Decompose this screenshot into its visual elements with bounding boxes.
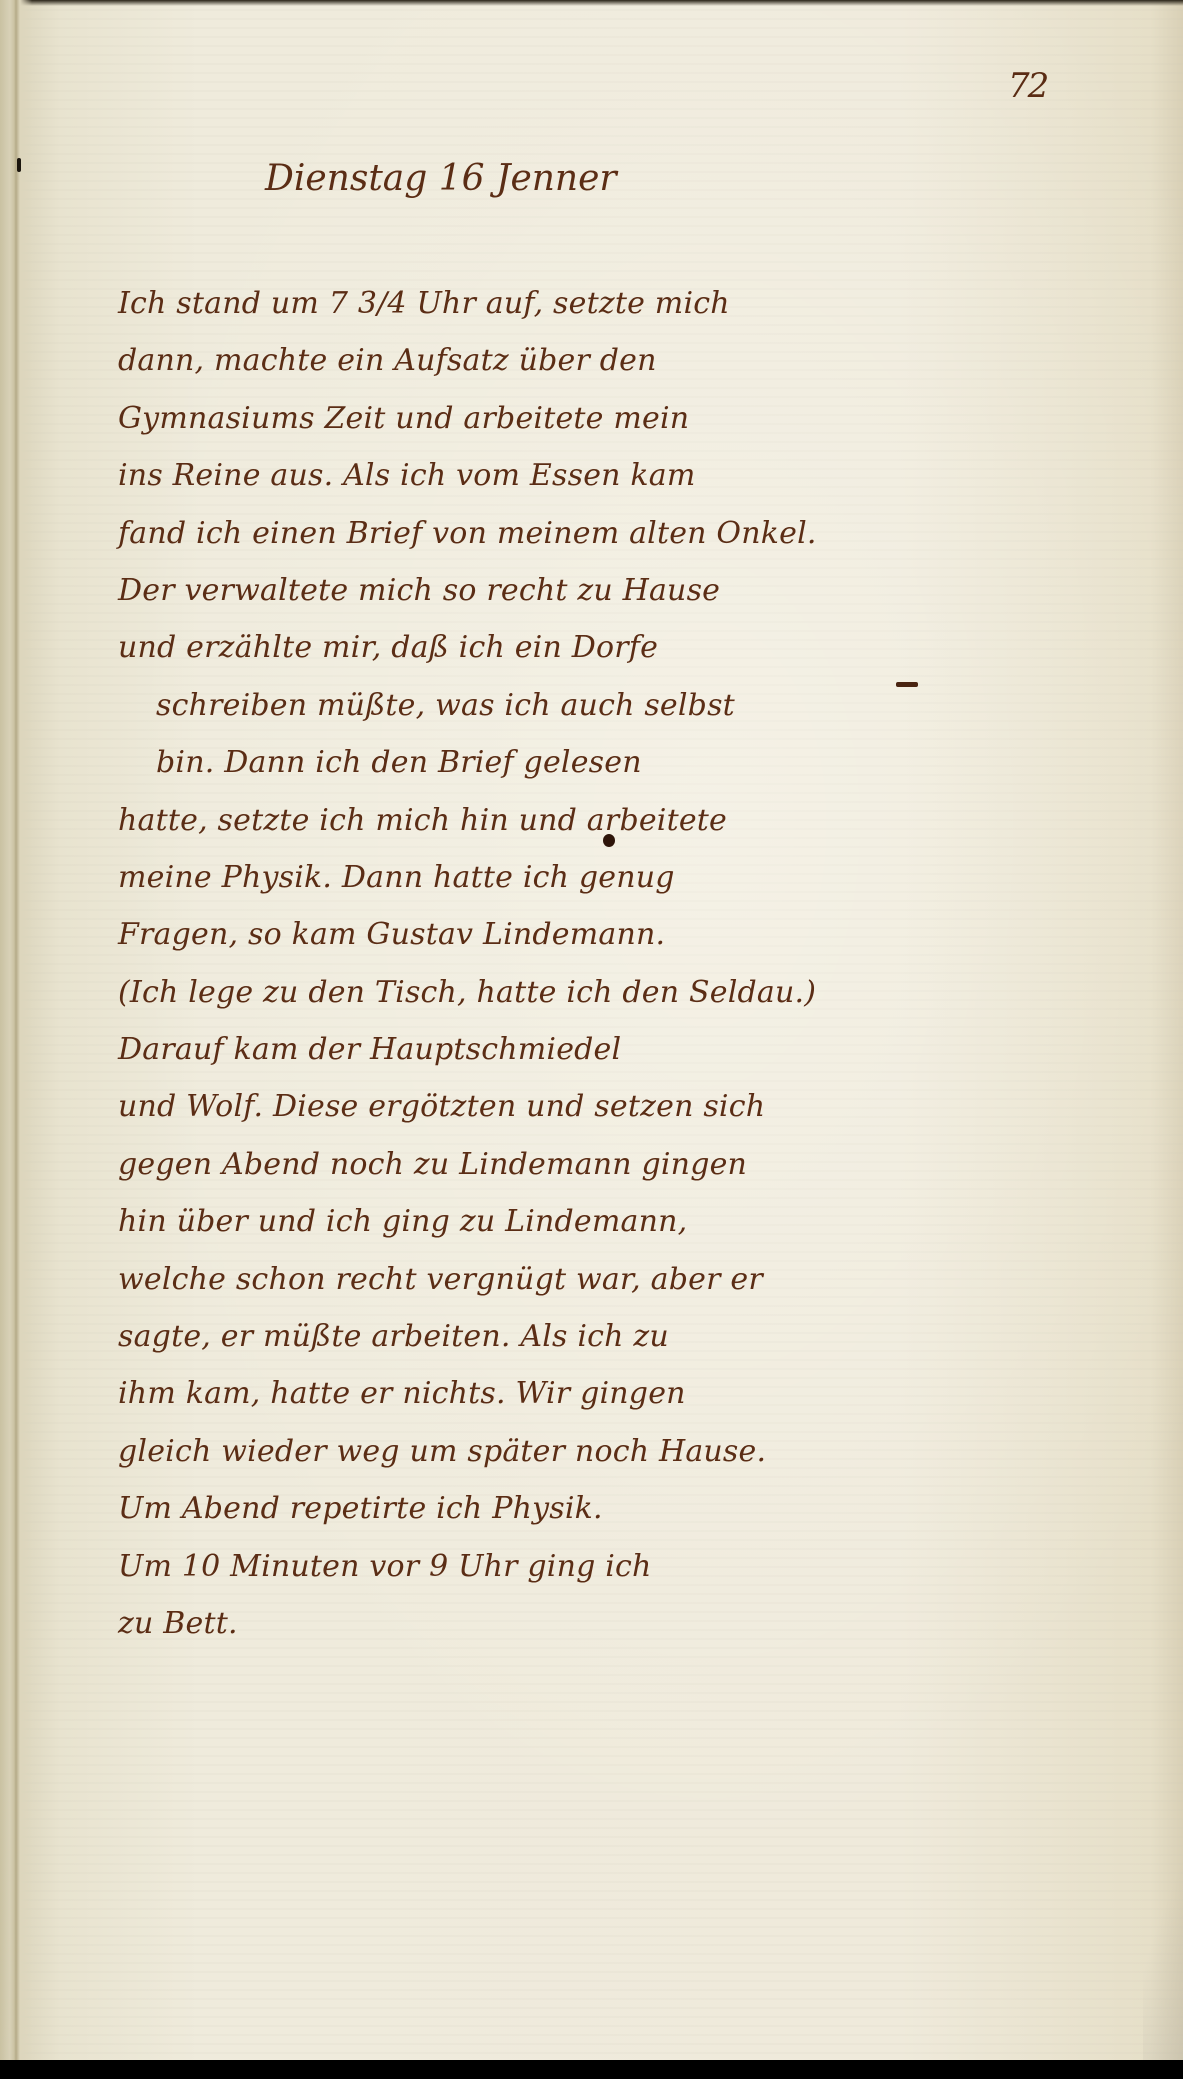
text-line: und Wolf. Diese ergötzten und setzen sic… xyxy=(118,1078,878,1135)
text-line: sagte, er müßte arbeiten. Als ich zu xyxy=(118,1308,878,1365)
scan-bottom-border xyxy=(0,2060,1183,2079)
text-line: Um Abend repetirte ich Physik. xyxy=(118,1480,878,1537)
text-line: gleich wieder weg um später noch Hause. xyxy=(118,1423,878,1480)
text-line: Ich stand um 7 3/4 Uhr auf, setzte mich xyxy=(118,275,878,332)
text-line: meine Physik. Dann hatte ich genug xyxy=(118,849,878,906)
text-line: bin. Dann ich den Brief gelesen xyxy=(118,734,878,791)
page-fold-shadow xyxy=(1143,1830,1183,2060)
text-line: ihm kam, hatte er nichts. Wir gingen xyxy=(118,1365,878,1422)
margin-dash-mark xyxy=(896,682,918,687)
text-line: schreiben müßte, was ich auch selbst xyxy=(118,677,878,734)
ink-blot xyxy=(603,834,615,847)
book-gutter xyxy=(0,0,32,2060)
text-line: (Ich lege zu den Tisch, hatte ich den Se… xyxy=(118,964,878,1021)
text-line: gegen Abend noch zu Lindemann gingen xyxy=(118,1136,878,1193)
text-line: ins Reine aus. Als ich vom Essen kam xyxy=(118,447,878,504)
entry-body: Ich stand um 7 3/4 Uhr auf, setzte mich … xyxy=(118,275,878,1652)
text-line: und erzählte mir, daß ich ein Dorfe xyxy=(118,619,878,676)
scan-top-edge xyxy=(0,0,1183,6)
text-line: hatte, setzte ich mich hin und arbeitete xyxy=(118,792,878,849)
text-line: welche schon recht vergnügt war, aber er xyxy=(118,1251,878,1308)
text-line: fand ich einen Brief von meinem alten On… xyxy=(118,505,878,562)
text-line: Fragen, so kam Gustav Lindemann. xyxy=(118,906,878,963)
text-line: zu Bett. xyxy=(118,1595,878,1652)
text-line: Um 10 Minuten vor 9 Uhr ging ich xyxy=(118,1538,878,1595)
text-line: dann, machte ein Aufsatz über den xyxy=(118,332,878,389)
text-line: Darauf kam der Hauptschmiedel xyxy=(118,1021,878,1078)
entry-heading: Dienstag 16 Jenner xyxy=(265,158,617,199)
binding-thread-mark xyxy=(17,158,21,172)
text-line: Gymnasiums Zeit und arbeitete mein xyxy=(118,390,878,447)
text-line: hin über und ich ging zu Lindemann, xyxy=(118,1193,878,1250)
text-line: Der verwaltete mich so recht zu Hause xyxy=(118,562,878,619)
page-number: 72 xyxy=(1008,66,1047,106)
